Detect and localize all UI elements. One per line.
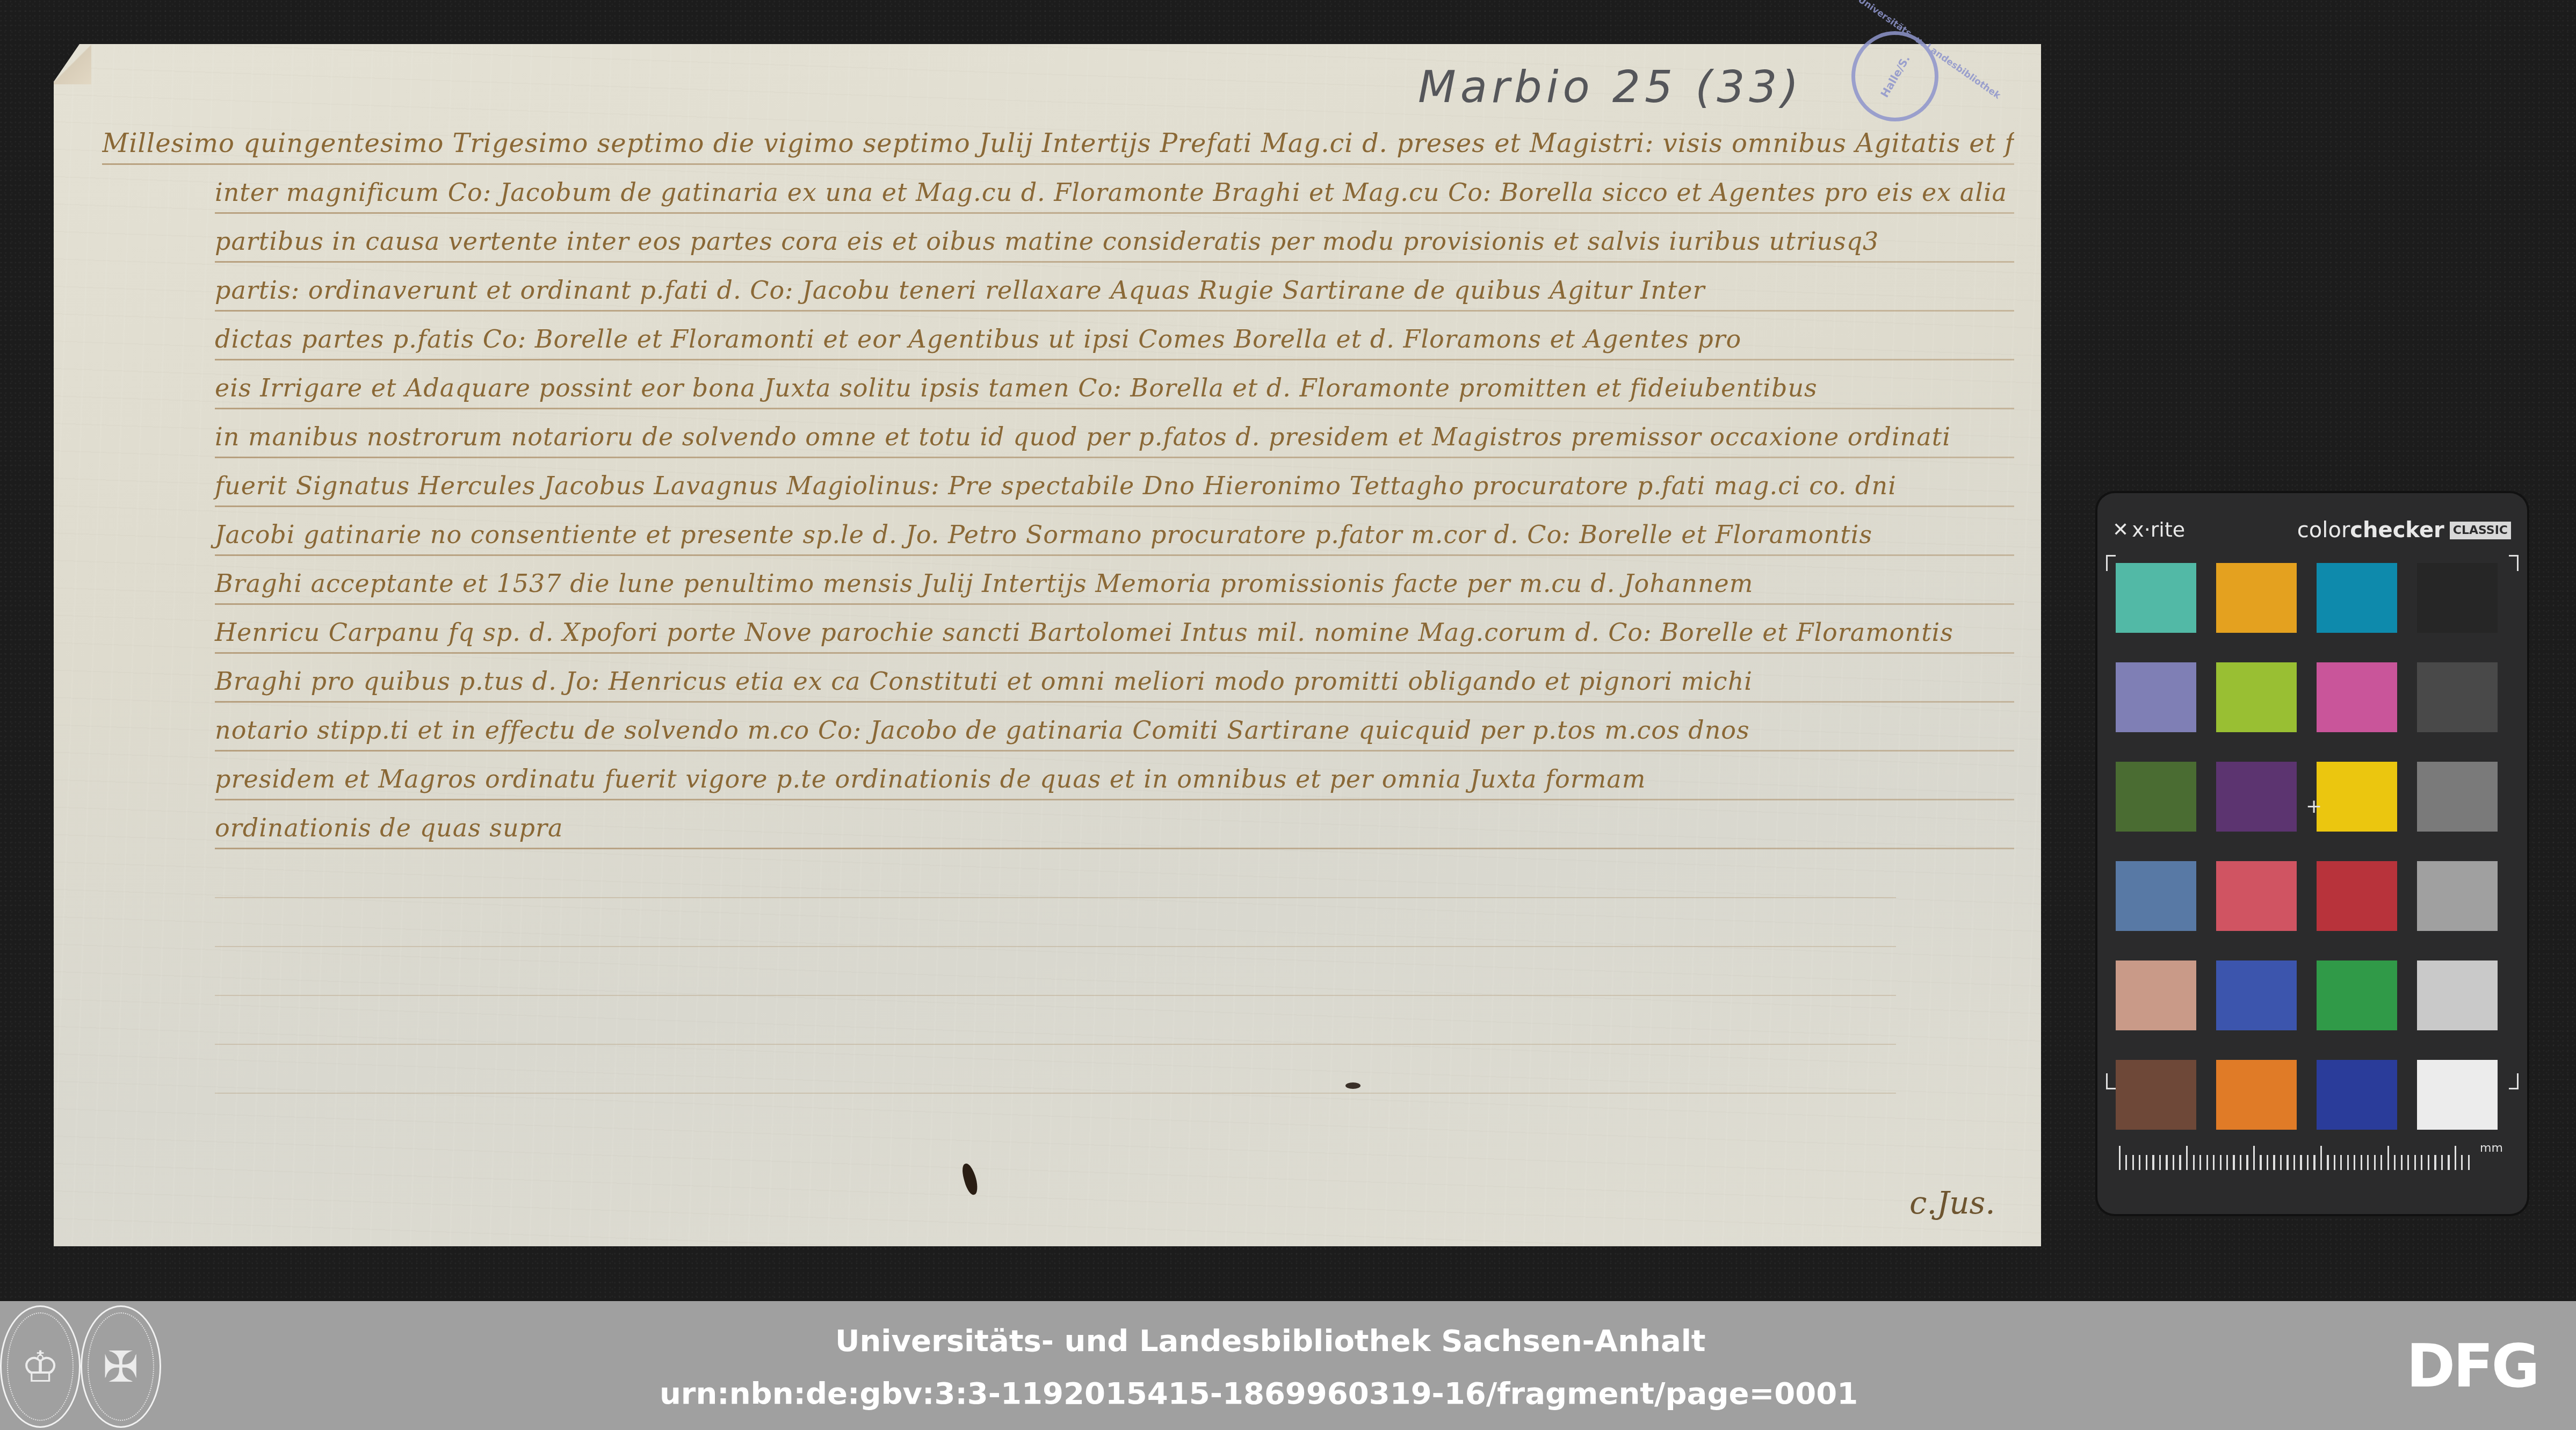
color-patch: [2116, 1060, 2196, 1130]
color-patch: [2417, 960, 2498, 1030]
colorchecker-header: ✕ x·rite color checker CLASSIC: [2097, 512, 2527, 545]
color-patch: [2417, 762, 2498, 832]
color-patch: [2216, 762, 2297, 832]
color-patch: [2216, 960, 2297, 1030]
color-patch: [2116, 762, 2196, 832]
color-patch: [2417, 662, 2498, 732]
manuscript-line: eis Irrigare et Adaquare possint eor bon…: [102, 369, 2014, 418]
manuscript-text: Millesimo quingentesimo Trigesimo septim…: [102, 125, 2014, 1102]
color-patch: [2216, 861, 2297, 931]
notary-signature: c.Jus.: [1909, 1185, 1995, 1221]
manuscript-line: in manibus nostrorum notarioru de solven…: [102, 418, 2014, 467]
color-patch: [2216, 662, 2297, 732]
classic-badge: CLASSIC: [2450, 522, 2511, 539]
color-patch: [2317, 1060, 2397, 1130]
ink-spot: [1345, 1082, 1361, 1089]
color-patch: [2417, 861, 2498, 931]
color-patch: [2317, 662, 2397, 732]
manuscript-line: dictas partes p.fatis Co: Borelle et Flo…: [102, 320, 2014, 369]
xrite-logo: ✕ x·rite: [2112, 518, 2185, 541]
color-patch: [2317, 861, 2397, 931]
manuscript-line: presidem et Magros ordinatu fuerit vigor…: [102, 760, 2014, 809]
manuscript-line: ordinationis de quas supra: [102, 809, 2014, 858]
color-patch: [2116, 662, 2196, 732]
manuscript-line: Braghi pro quibus p.tus d. Jo: Henricus …: [102, 662, 2014, 711]
manuscript-line: Millesimo quingentesimo Trigesimo septim…: [102, 125, 2014, 174]
color-patch: [2116, 861, 2196, 931]
brand-bold-text: checker: [2350, 518, 2444, 543]
xrite-wordmark: x·rite: [2132, 518, 2185, 541]
color-patch: [2216, 563, 2297, 633]
footer-bar: ♔ ✠ Universitäts- und Landesbibliothek S…: [0, 1301, 2576, 1430]
color-patch: [2116, 960, 2196, 1030]
manuscript-line: Jacobi gatinarie no consentiente et pres…: [102, 516, 2014, 565]
color-patch-grid: [2116, 563, 2498, 1130]
folded-corner: [54, 44, 91, 84]
crosshair-icon: +: [2306, 797, 2322, 817]
ruler-unit-label: mm: [2480, 1142, 2503, 1155]
registration-mark-icon: [2106, 1073, 2116, 1089]
manuscript-line: partibus in causa vertente inter eos par…: [102, 222, 2014, 271]
brand-light-text: color: [2297, 518, 2350, 543]
halle-seal-icon: ♔: [0, 1305, 81, 1428]
university-seals: ♔ ✠: [0, 1305, 161, 1428]
color-patch: [2317, 762, 2397, 832]
registration-mark-icon: [2509, 555, 2519, 571]
institution-name: Universitäts- und Landesbibliothek Sachs…: [835, 1324, 1706, 1359]
color-patch: [2317, 960, 2397, 1030]
colorchecker-brand: color checker CLASSIC: [2297, 518, 2511, 543]
ruled-line: [215, 956, 2014, 1005]
xrite-mark-icon: ✕: [2112, 519, 2129, 541]
manuscript-line: inter magnificum Co: Jacobum de gatinari…: [102, 174, 2014, 222]
ruled-line: [215, 1005, 2014, 1053]
urn-identifier: urn:nbn:de:gbv:3:3-1192015415-1869960319…: [660, 1376, 1858, 1411]
manuscript-line: Henricu Carpanu fq sp. d. Xpofori porte …: [102, 613, 2014, 662]
registration-mark-icon: [2106, 555, 2116, 571]
color-patch: [2417, 1060, 2498, 1130]
ruled-line: [215, 858, 2014, 907]
color-patch: [2417, 563, 2498, 633]
color-patch: [2116, 563, 2196, 633]
stamp-center-text: Halle/S.: [1878, 53, 1912, 99]
mm-ruler-major-ticks: [2119, 1146, 2473, 1170]
manuscript-line: fuerit Signatus Hercules Jacobus Lavagnu…: [102, 467, 2014, 516]
registration-mark-icon: [2509, 1073, 2519, 1089]
manuscript-line: Braghi acceptante et 1537 die lune penul…: [102, 565, 2014, 613]
manuscript-line: partis: ordinaverunt et ordinant p.fati …: [102, 271, 2014, 320]
dfg-logo: DFG: [2406, 1337, 2538, 1396]
manuscript-line: notario stipp.ti et in effectu de solven…: [102, 711, 2014, 760]
wittenberg-seal-icon: ✠: [81, 1305, 161, 1428]
color-patch: [2216, 1060, 2297, 1130]
ruled-line: [215, 1053, 2014, 1102]
library-stamp: Universitäts- u. Landesbibliothek Halle/…: [1851, 31, 1938, 121]
ruled-line: [215, 907, 2014, 956]
colorchecker-card: ✕ x·rite color checker CLASSIC + mm: [2097, 493, 2527, 1214]
color-patch: [2317, 563, 2397, 633]
archive-shelfmark: Marbio 25 (33): [1418, 62, 1803, 113]
